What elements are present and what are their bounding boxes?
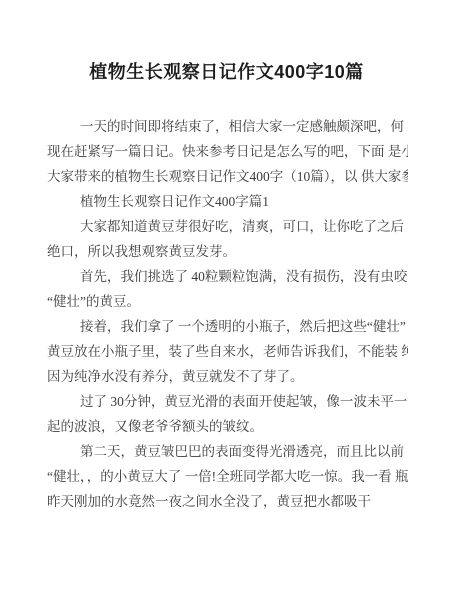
- document-body: 一天的时间即将结束了，相信大家一定感触颇深吧，何 不趁现在赶紧写一篇日记。快来参…: [0, 114, 453, 514]
- text-line: 现在赶紧写一篇日记。快来参考日记是怎么写的吧，下面 是小编给: [47, 139, 408, 164]
- text-line: 首先，我们挑选了 40粒颗粒饱满，没有损伤，没有虫咬 的: [47, 264, 408, 289]
- paragraph: 第二天，黄豆皱巴巴的表面变得光滑透亮，而且比以前 那些“健壮，，的小黄豆大了 一…: [47, 439, 408, 514]
- text-line: 昨天刚加的水竟然一夜之间水全没了，黄豆把水都吸干: [47, 489, 408, 514]
- paragraph: 一天的时间即将结束了，相信大家一定感触颇深吧，何 不趁现在赶紧写一篇日记。快来参…: [47, 114, 408, 189]
- paragraph: 接着，我们拿了 一个透明的小瓶子，然后把这些“健壮” 的黄豆放在小瓶子里，装了些…: [47, 314, 408, 389]
- text-line: 起的波浪，又像老爷爷额头的皱纹。: [47, 414, 408, 439]
- text-line: 接着，我们拿了 一个透明的小瓶子，然后把这些“健壮” 的: [47, 314, 408, 339]
- text-line: 植物生长观察日记作文400字篇1: [47, 189, 408, 214]
- text-line: 一天的时间即将结束了，相信大家一定感触颇深吧，何 不趁: [47, 114, 408, 139]
- text-line: 绝口，所以我想观察黄豆发芽。: [47, 239, 408, 264]
- text-line: 黄豆放在小瓶子里，装了些自来水，老师告诉我们，不能装 纯净水，: [47, 339, 408, 364]
- paragraph: 植物生长观察日记作文400字篇1: [47, 189, 408, 214]
- paragraph: 大家都知道黄豆芽很好吃，清爽，可口，让你吃了之后 赞不绝口，所以我想观察黄豆发芽…: [47, 214, 408, 264]
- text-line: 第二天，黄豆皱巴巴的表面变得光滑透亮，而且比以前 那些: [47, 439, 408, 464]
- text-line: 因为纯净水没有养分，黄豆就发不了芽了。: [47, 364, 408, 389]
- paragraph: 过了 30分钟，黄豆光滑的表面开使起皱，像一波未平一 波又起的波浪，又像老爷爷额…: [47, 389, 408, 439]
- text-line: 大家带来的植物生长观察日记作文400字（10篇），以 供大家参考！: [47, 164, 408, 189]
- document-page: 植物生长观察日记作文400字10篇 一天的时间即将结束了，相信大家一定感触颇深吧…: [0, 0, 453, 600]
- text-line: 过了 30分钟，黄豆光滑的表面开使起皱，像一波未平一 波又: [47, 389, 408, 414]
- document-title: 植物生长观察日记作文400字10篇: [0, 0, 453, 84]
- text-line: “健壮，，的小黄豆大了 一倍!全班同学都大吃一惊。我一看 瓶底，: [47, 464, 408, 489]
- text-line: “健壮”的黄豆。: [47, 289, 408, 314]
- text-line: 大家都知道黄豆芽很好吃，清爽，可口，让你吃了之后 赞不: [47, 214, 408, 239]
- paragraph: 首先，我们挑选了 40粒颗粒饱满，没有损伤，没有虫咬 的“健壮”的黄豆。: [47, 264, 408, 314]
